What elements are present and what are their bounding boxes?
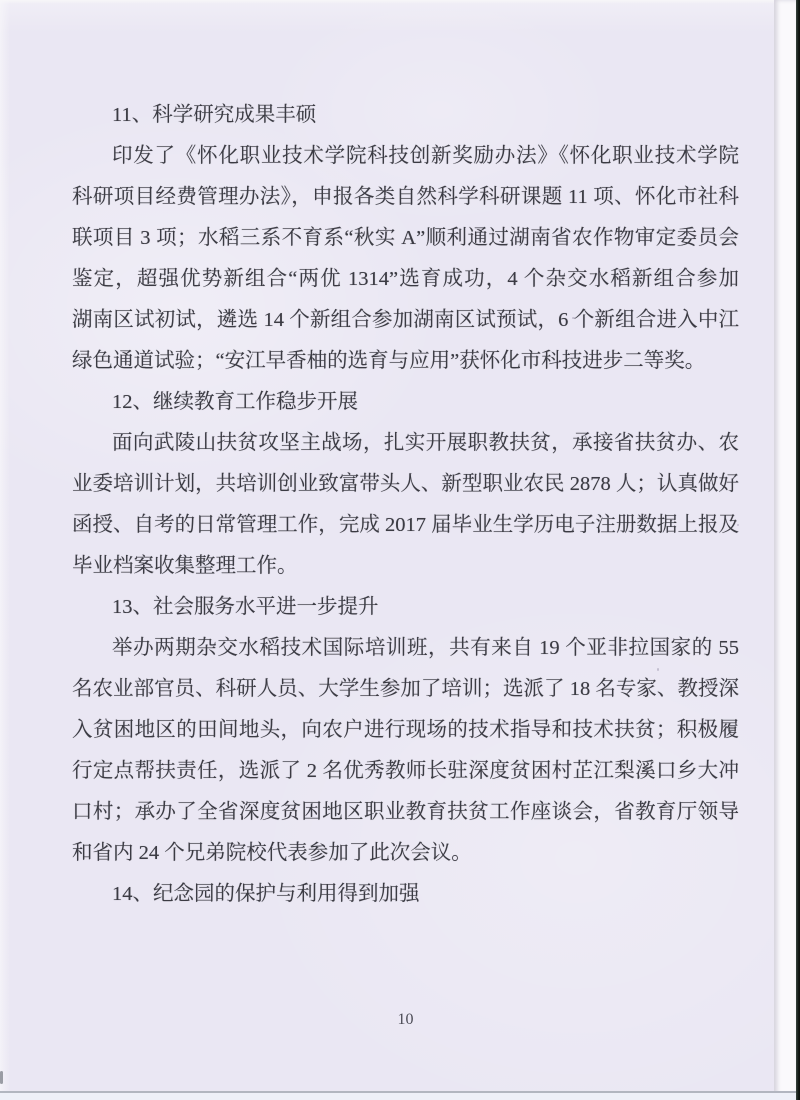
text-line: 业委培训计划，共培训创业致富带头人、新型职业农民 2878 人；认真做好 (72, 464, 739, 505)
text-line: 印发了《怀化职业技术学院科技创新奖励办法》《怀化职业技术学院 (72, 136, 739, 177)
text-line: 举办两期杂交水稻技术国际培训班，共有来自 19 个亚非拉国家的 55 (72, 628, 739, 669)
scan-edge-top-band (0, 0, 796, 4)
page-footer: 10 (72, 1010, 739, 1030)
scanned-page: 11、科学研究成果丰硕印发了《怀化职业技术学院科技创新奖励办法》《怀化职业技术学… (0, 0, 800, 1100)
text-line: 入贫困地区的田间地头，向农户进行现场的技术指导和技术扶贫；积极履 (72, 710, 739, 751)
scan-edge-left-band (0, 0, 10, 1100)
scan-speck (737, 524, 739, 526)
scan-artifact-left (0, 1071, 3, 1084)
text-line: 名农业部官员、科研人员、大学生参加了培训；选派了 18 名专家、教授深 (72, 669, 739, 710)
text-line: 和省内 24 个兄弟院校代表参加了此次会议。 (72, 833, 739, 874)
text-line: 13、社会服务水平进一步提升 (72, 587, 739, 628)
text-line: 14、纪念园的保护与利用得到加强 (72, 874, 739, 915)
scanner-background-right (796, 0, 800, 1100)
text-line: 面向武陵山扶贫攻坚主战场，扎实开展职教扶贫，承接省扶贫办、农 (72, 423, 739, 464)
text-line: 12、继续教育工作稳步开展 (72, 382, 739, 423)
text-line: 毕业档案收集整理工作。 (72, 546, 739, 587)
text-line: 绿色通道试验；“安江早香柚的选育与应用”获怀化市科技进步二等奖。 (72, 341, 739, 382)
text-line: 11、科学研究成果丰硕 (72, 95, 739, 136)
page-number: 10 (398, 1011, 414, 1028)
scan-edge-right-band (774, 0, 796, 1100)
text-line: 函授、自考的日常管理工作，完成 2017 届毕业生学历电子注册数据上报及 (72, 505, 739, 546)
text-line: 行定点帮扶责任，选派了 2 名优秀教师长驻深度贫困村芷江梨溪口乡大冲 (72, 751, 739, 792)
scan-speck (657, 668, 659, 671)
scan-edge-bottom-band (0, 1093, 796, 1100)
text-line: 联项目 3 项；水稻三系不育系“秋实 A”顺利通过湖南省农作物审定委员会 (72, 218, 739, 259)
paper-surface: 11、科学研究成果丰硕印发了《怀化职业技术学院科技创新奖励办法》《怀化职业技术学… (0, 0, 800, 1100)
text-line: 湖南区试初试，遴选 14 个新组合参加湖南区试预试，6 个新组合进入中江 (72, 300, 739, 341)
text-line: 口村；承办了全省深度贫困地区职业教育扶贫工作座谈会，省教育厅领导 (72, 792, 739, 833)
text-line: 鉴定，超强优势新组合“两优 1314”选育成功，4 个杂交水稻新组合参加 (72, 259, 739, 300)
document-body: 11、科学研究成果丰硕印发了《怀化职业技术学院科技创新奖励办法》《怀化职业技术学… (72, 95, 739, 915)
text-line: 科研项目经费管理办法》，申报各类自然科学科研课题 11 项、怀化市社科 (72, 177, 739, 218)
scan-speck (572, 317, 575, 319)
